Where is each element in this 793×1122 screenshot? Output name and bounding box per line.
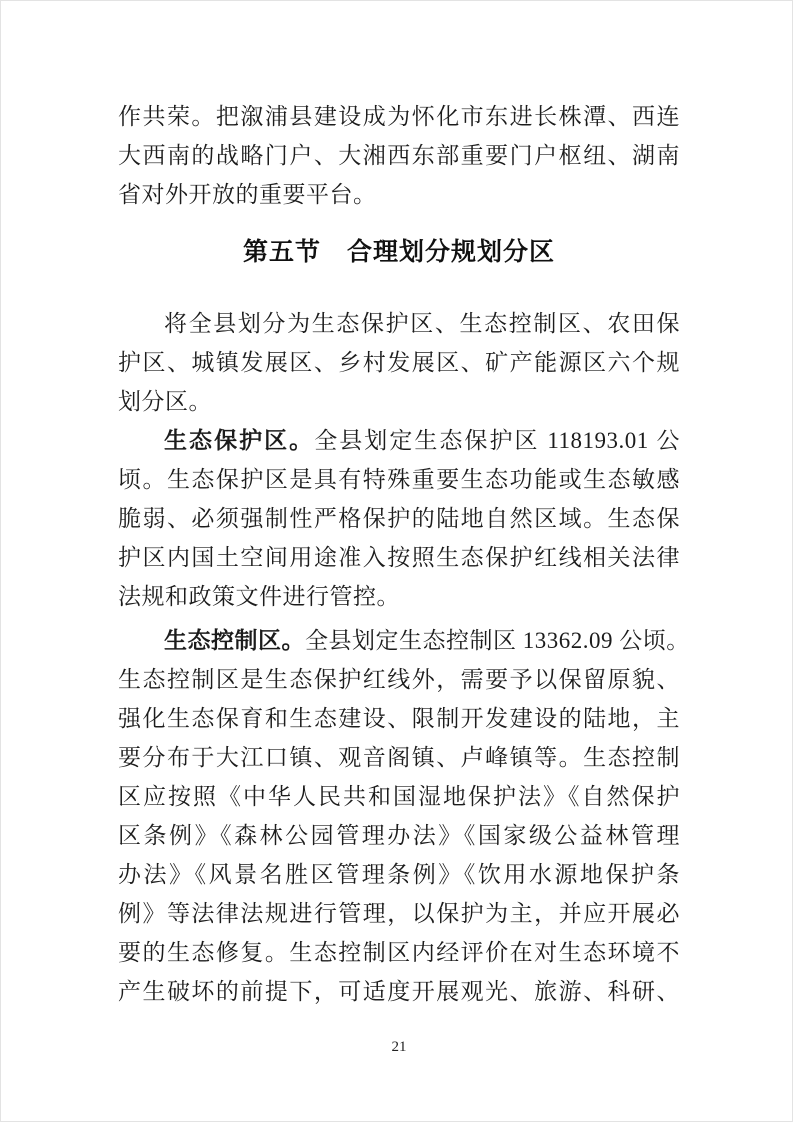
text-line: 要分布于大江口镇、观音阁镇、卢峰镇等。生态控制 [118,738,680,777]
text-line: 生态控制区。全县划定生态控制区 13362.09 公顷。 [118,621,680,660]
text-line: 法规和政策文件进行管控。 [118,577,680,616]
text-line: 省对外开放的重要平台。 [118,175,680,214]
paragraph-overview: 将全县划分为生态保护区、生态控制区、农田保 护区、城镇发展区、乡村发展区、矿产能… [118,304,680,421]
text-line: 强化生态保育和生态建设、限制开发建设的陆地，主 [118,699,680,738]
text-line: 例》等法律法规进行管理，以保护为主，并应开展必 [118,894,680,933]
text-line: 区条例》《森林公园管理办法》《国家级公益林管理 [118,816,680,855]
document-page: 作共荣。把溆浦县建设成为怀化市东进长株潭、西连 大西南的战略门户、大湘西东部重要… [0,0,793,1122]
paragraph-intro: 作共荣。把溆浦县建设成为怀化市东进长株潭、西连 大西南的战略门户、大湘西东部重要… [118,97,680,214]
text-line: 产生破坏的前提下，可适度开展观光、旅游、科研、 [118,972,680,1011]
paragraph-lead-label: 生态保护区。 [164,427,314,453]
text-line: 区应按照《中华人民共和国湿地保护法》《自然保护 [118,777,680,816]
text-line: 护区内国土空间用途准入按照生态保护红线相关法律 [118,538,680,577]
text-line: 划分区。 [118,382,680,421]
paragraph-ecological-control-zone: 生态控制区。全县划定生态控制区 13362.09 公顷。 生态控制区是生态保护红… [118,621,680,1011]
page-number: 21 [118,1037,680,1057]
text-line: 护区、城镇发展区、乡村发展区、矿产能源区六个规 [118,343,680,382]
text-line: 作共荣。把溆浦县建设成为怀化市东进长株潭、西连 [118,97,680,136]
text-line: 将全县划分为生态保护区、生态控制区、农田保 [118,304,680,343]
paragraph-lead-label: 生态控制区。 [164,627,305,653]
paragraph-lead-rest: 全县划定生态保护区 118193.01 公 [314,428,680,453]
paragraph-ecological-protection-zone: 生态保护区。全县划定生态保护区 118193.01 公 顷。生态保护区是具有特殊… [118,421,680,616]
section-heading: 第五节 合理划分规划分区 [118,234,680,270]
text-line: 脆弱、必须强制性严格保护的陆地自然区域。生态保 [118,499,680,538]
document-body: 作共荣。把溆浦县建设成为怀化市东进长株潭、西连 大西南的战略门户、大湘西东部重要… [118,97,680,1057]
text-line: 大西南的战略门户、大湘西东部重要门户枢纽、湖南 [118,136,680,175]
text-line: 生态保护区。全县划定生态保护区 118193.01 公 [118,421,680,460]
text-line: 要的生态修复。生态控制区内经评价在对生态环境不 [118,933,680,972]
paragraph-lead-rest: 全县划定生态控制区 13362.09 公顷。 [305,628,690,653]
text-line: 生态控制区是生态保护红线外，需要予以保留原貌、 [118,660,680,699]
text-line: 办法》《风景名胜区管理条例》《饮用水源地保护条 [118,855,680,894]
text-line: 顷。生态保护区是具有特殊重要生态功能或生态敏感 [118,460,680,499]
